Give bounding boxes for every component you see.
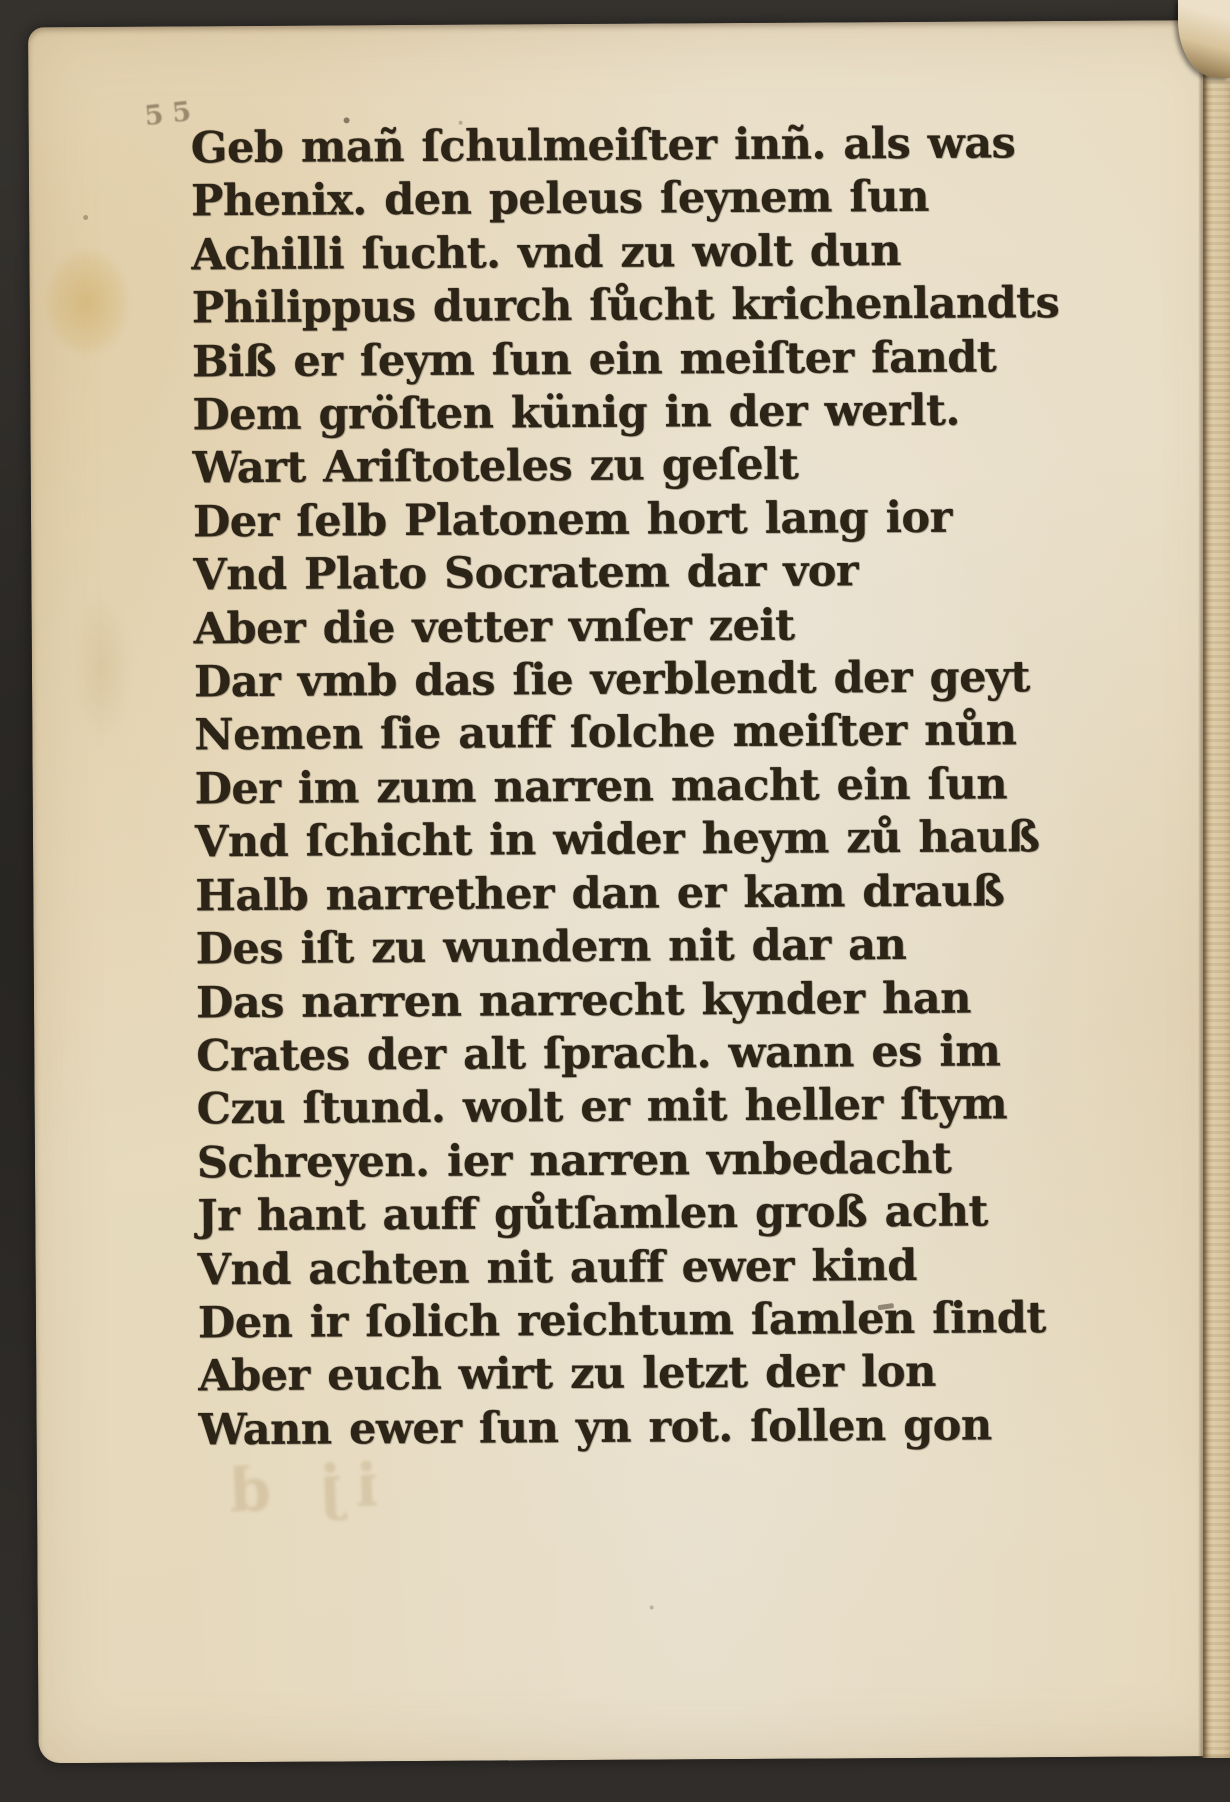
text-line: Des iſt zu wundern nit dar an: [195, 918, 1155, 977]
paper-stain: [71, 587, 132, 747]
text-line: Aber euch wirt zu letzt der lon: [198, 1345, 1158, 1404]
text-line: Crates der alt ſprach. wann es im: [196, 1024, 1156, 1083]
poem-text: Geb mañ ſchulmeiſter inñ. als wasPhenix.…: [191, 116, 1159, 1457]
text-line: Wann ewer ſun yn rot. ſollen gon: [198, 1398, 1158, 1457]
paper-stain: [43, 247, 130, 358]
next-page-fore-edge: [1203, 18, 1230, 1758]
ink-speck: [650, 1606, 654, 1610]
text-line: Vnd Plato Socratem dar vor: [193, 544, 1153, 603]
text-line: Der ſelb Platonem hort lang ior: [193, 490, 1153, 549]
bleedthrough-signature-mark: ij d: [214, 1450, 380, 1527]
text-line: Vnd ſchicht in wider heym zů hauß: [195, 811, 1155, 870]
text-line: Dar vmb das ſie verblendt der geyt: [194, 651, 1154, 710]
text-line: Der im zum narren macht ein ſun: [195, 757, 1155, 816]
ink-speck: [83, 215, 88, 220]
text-line: Den ir ſolich reichtum ſamlen ſindt: [198, 1291, 1158, 1350]
text-line: Halb narrether dan er kam drauß: [195, 864, 1155, 923]
text-line: Vnd achten nit auff ewer kind: [197, 1238, 1157, 1297]
book-page: 55 Geb mañ ſchulmeiſter inñ. als wasPhen…: [28, 20, 1230, 1763]
text-line: Aber die vetter vnſer zeit: [194, 597, 1154, 656]
text-line: Dem gröſten künig in der werlt.: [192, 384, 1152, 443]
text-line: Wart Ariſtoteles zu geſelt: [193, 437, 1153, 496]
text-line: Jr hant auff gůtſamlen groß acht: [197, 1185, 1157, 1244]
text-line: Achilli ſucht. vnd zu wolt dun: [191, 223, 1151, 282]
text-line: Biß er ſeym ſun ein meiſter fandt: [192, 330, 1152, 389]
text-line: Geb mañ ſchulmeiſter inñ. als was: [191, 116, 1151, 175]
text-line: Czu ſtund. wolt er mit heller ſtym: [196, 1078, 1156, 1137]
text-line: Philippus durch ſůcht krichenlandts: [192, 277, 1152, 336]
text-line: Schreyen. ier narren vnbedacht: [197, 1131, 1157, 1190]
text-line: Nemen ſie auff ſolche meiſter nůn: [194, 704, 1154, 763]
text-line: Phenix. den peleus ſeynem ſun: [191, 170, 1151, 229]
scanned-book-photo: 55 Geb mañ ſchulmeiſter inñ. als wasPhen…: [0, 0, 1230, 1802]
text-line: Das narren narrecht kynder han: [196, 971, 1156, 1030]
